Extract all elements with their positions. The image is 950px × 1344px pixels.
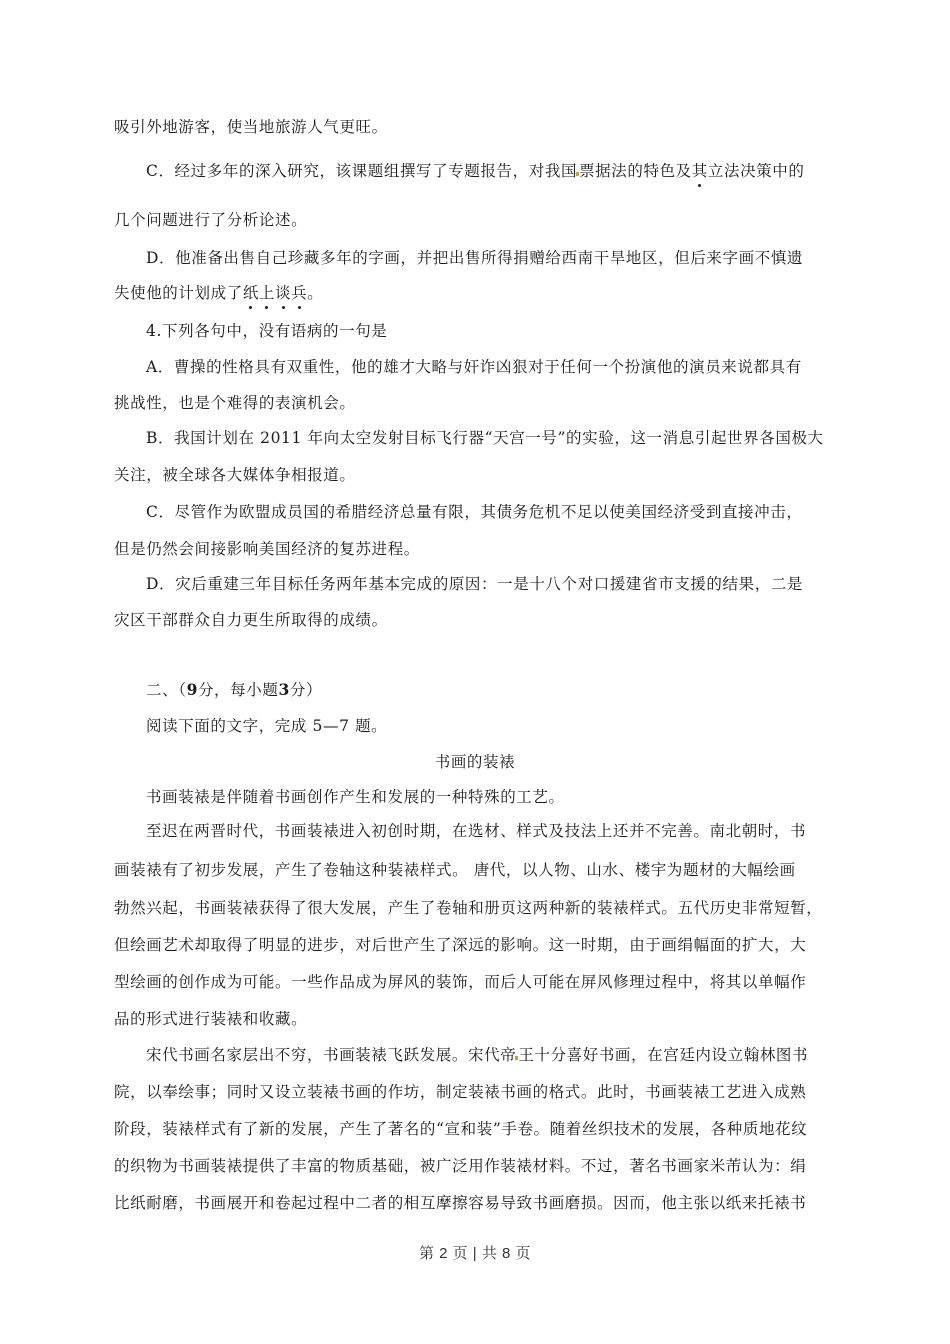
text-line: 吸引外地游客，使当地旅游人气更旺。 [114, 117, 388, 137]
text-line: B．我国计划在 2011 年向太空发射目标飞行器“天宫一号”的实验，这一消息引起… [146, 428, 824, 448]
paragraph-line: 宋代书画名家层出不穷，书画装裱飞跃发展。宋代帝王十分喜好书画，在宫廷内设立翰林图… [146, 1045, 808, 1065]
heading-each-score: 3 [278, 680, 289, 699]
section-2-heading: 二、（9分，每小题3分） [146, 680, 322, 700]
text-line: 几个问题进行了分析论述。 [114, 210, 307, 230]
document-page: 吸引外地游客，使当地旅游人气更旺。 C．经过多年的深入研究，该课题组撰写了专题报… [0, 0, 950, 1344]
paragraph-line: 的织物为书画装裱提供了丰富的物质基础，被广泛用作装裱材料。不过，著名书画家米芾认… [114, 1156, 806, 1176]
text-line: 关注，被全球各大媒体争相报道。 [114, 465, 356, 485]
text-line: 灾区干部群众自力更生所取得的成绩。 [114, 610, 388, 630]
paragraph-line: 但绘画艺术却取得了明显的进步，对后世产生了深远的影响。这一时期，由于画绢幅面的扩… [114, 935, 806, 955]
emphasis-char: 纸 [243, 284, 259, 302]
paragraph-line: 品的形式进行装裱和收藏。 [114, 1009, 307, 1029]
text-line: 但是仍然会间接影响美国经济的复苏进程。 [114, 539, 420, 559]
question-4-prompt: 4.下列各句中，没有语病的一句是 [146, 321, 387, 341]
text-line: D．他准备出售自己珍藏多年的字画，并把出售所得捐赠给西南干旱地区，但后来字画不慎… [146, 248, 803, 268]
option-c-line-1: C．经过多年的深入研究，该课题组撰写了专题报告，对我国票据法的特色及其立法决策中… [146, 161, 804, 181]
text-line: 挑战性，也是个难得的表演机会。 [114, 393, 356, 413]
page-number-footer: 第 2 页 | 共 8 页 [0, 1242, 950, 1263]
paragraph-line: 院，以奉绘事；同时又设立装裱书画的作坊，制定装裱书画的格式。此时，书画装裱工艺进… [114, 1082, 806, 1102]
paragraph-line: 阶段，装裱样式有了新的发展，产生了著名的“宣和装”手卷。随着丝织技术的发展，各种… [114, 1119, 807, 1139]
paragraph-line: 画装裱有了初步发展，产生了卷轴这种装裱样式。 唐代，以人物、山水、楼宇为题材的大… [114, 860, 796, 880]
text-segment: C．经过多年的深入研究，该课题组撰写了专题报告，对我国 [146, 162, 577, 180]
text-line: A．曹操的性格具有双重性，他的雄才大略与奸诈凶狠对于任何一个扮演他的演员来说都具… [146, 357, 802, 377]
text-segment: 宋代书画名家层出不穷，书画装裱飞跃发展。宋代帝 [146, 1046, 516, 1064]
text-segment: 。 [307, 284, 323, 302]
reading-instruction: 阅读下面的文字，完成 5—7 题。 [146, 716, 387, 736]
emphasis-char: 上 [259, 284, 275, 302]
heading-text: 分） [290, 681, 322, 699]
emphasis-char: 兵 [291, 284, 307, 302]
paragraph-line: 书画装裱是伴随着书画创作产生和发展的一种特殊的工艺。 [146, 787, 565, 807]
heading-score: 9 [187, 680, 198, 699]
emphasis-char: 谈 [275, 284, 291, 302]
heading-text: 分，每小题 [198, 681, 279, 699]
text-segment: 王十分喜好书画，在宫廷内设立翰林图书 [518, 1046, 808, 1064]
paragraph-line: 型绘画的创作成为可能。一些作品成为屏风的装饰，而后人可能在屏风修理过程中，将其以… [114, 972, 806, 992]
heading-text: 二、（ [146, 681, 187, 699]
option-d-line-2: 失使他的计划成了纸上谈兵。 [114, 283, 323, 303]
text-segment: 票据法的特色及 [579, 162, 692, 180]
paragraph-line: 勃然兴起，书画装裱获得了很大发展，产生了卷轴和册页这两种新的装裱样式。五代历史非… [114, 898, 822, 918]
text-segment: 失使他的计划成了 [114, 284, 243, 302]
text-segment: 立法决策中的 [708, 162, 805, 180]
text-line: D．灾后重建三年目标任务两年基本完成的原因：一是十八个对口援建省市支援的结果，二… [146, 574, 803, 594]
paragraph-line: 至迟在两晋时代，书画装裱进入初创时期，在选材、样式及技法上还并不完善。南北朝时，… [146, 821, 806, 841]
emphasis-char: 其 [692, 162, 708, 180]
paragraph-line: 比纸耐磨，书画展开和卷起过程中二者的相互摩擦容易导致书画磨损。因而，他主张以纸来… [114, 1193, 806, 1213]
text-line: C．尽管作为欧盟成员国的希腊经济总量有限，其债务危机不足以使美国经济受到直接冲击… [146, 502, 802, 522]
article-title: 书画的装裱 [0, 752, 950, 772]
